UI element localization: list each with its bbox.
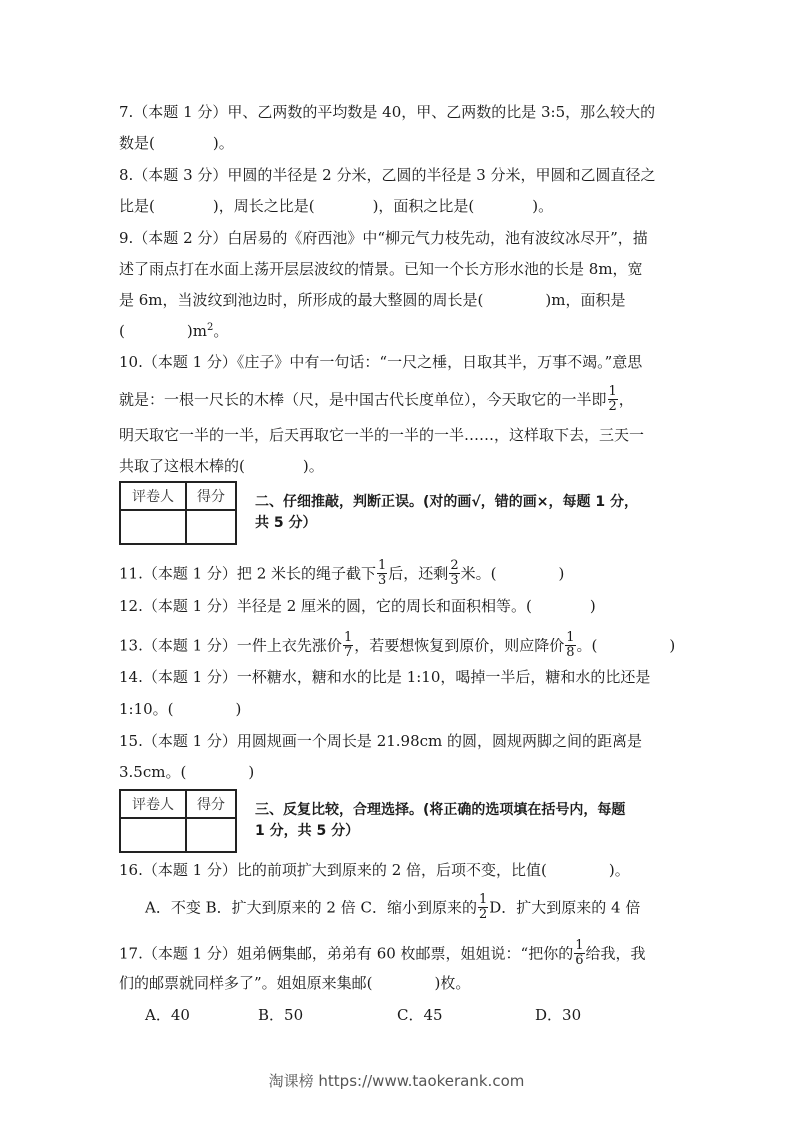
q7-text-end: )。 xyxy=(213,134,234,152)
section-2-title-line-1: 二、仔细推敲，判断正误。(对的画√，错的画×，每题 1 分， xyxy=(255,492,638,512)
question-10-line-3: 明天取它一半的一半，后天再取它一半的一半的一半……，这样取下去，三天一 xyxy=(119,425,644,445)
q13-fraction-2: 18 xyxy=(565,631,575,660)
q17-fraction: 16 xyxy=(574,939,584,968)
q16-text-b: )。 xyxy=(609,861,630,879)
question-8-line-1: 8.（本题 3 分）甲圆的半径是 2 分米，乙圆的半径是 3 分米，甲圆和乙圆直… xyxy=(119,165,656,185)
score-cell[interactable] xyxy=(186,510,236,544)
q8-text-a: 比是( xyxy=(119,197,155,215)
question-9-line-3: 是 6m，当波纹到池边时，所形成的最大整圆的周长是()m，面积是 xyxy=(119,290,625,310)
question-17-options: A．40 B．50 C．45 D．30 xyxy=(0,1005,793,1025)
question-17-line-1: 17.（本题 1 分）姐弟俩集邮，弟弟有 60 枚邮票，姐姐说：“把你的16给我… xyxy=(119,940,646,969)
q12-text-b: ) xyxy=(590,597,596,615)
q17-option-c[interactable]: C．45 xyxy=(397,1005,443,1025)
section-3-title-line-2: 1 分，共 5 分） xyxy=(255,821,359,841)
question-8-line-2: 比是()，周长之比是()，面积之比是()。 xyxy=(119,196,553,216)
question-12: 12.（本题 1 分）半径是 2 厘米的圆，它的周长和面积相等。() xyxy=(119,596,596,616)
q16-options-b: D．扩大到原来的 4 倍 xyxy=(489,899,640,917)
question-9-line-2: 述了雨点打在水面上荡开层层波纹的情景。已知一个长方形水池的长是 8m，宽 xyxy=(119,259,643,279)
question-17-line-2: 们的邮票就同样多了”。姐姐原来集邮()枚。 xyxy=(119,973,470,993)
q12-text-a: 12.（本题 1 分）半径是 2 厘米的圆，它的周长和面积相等。( xyxy=(119,597,532,615)
q16-options-a: A．不变 B．扩大到原来的 2 倍 C．缩小到原来的 xyxy=(145,899,477,917)
score-header: 得分 xyxy=(186,790,236,818)
q17-text-c: 们的邮票就同样多了”。姐姐原来集邮( xyxy=(119,974,373,992)
question-14-line-2: 1:10。() xyxy=(119,699,241,719)
q11-text-d: ) xyxy=(558,565,564,583)
question-10-line-1: 10.（本题 1 分）《庄子》中有一句话：“一尺之棰，日取其半，万事不竭。”意思 xyxy=(119,352,642,372)
q9-text-b: )m，面积是 xyxy=(545,291,625,309)
question-15-line-1: 15.（本题 1 分）用圆规画一个周长是 21.98cm 的圆，圆规两脚之间的距… xyxy=(119,731,642,751)
grader-header: 评卷人 xyxy=(120,482,186,510)
q10-text-b: ， xyxy=(619,391,634,409)
section-3-title-line-1: 三、反复比较，合理选择。(将正确的选项填在括号内，每题 xyxy=(255,800,625,820)
grader-cell[interactable] xyxy=(120,510,186,544)
question-9-line-1: 9.（本题 2 分）白居易的《府西池》中“柳元气力枝先动，池有波纹冰尽开”，描 xyxy=(119,228,648,248)
q9-text-c: ( xyxy=(119,322,125,340)
question-7-line-2: 数是()。 xyxy=(119,133,234,153)
footer-watermark: 淘课榜 https://www.taokerank.com xyxy=(0,1070,793,1091)
question-16: 16.（本题 1 分）比的前项扩大到原来的 2 倍，后项不变，比值()。 xyxy=(119,860,630,880)
question-10-line-2: 就是：一根一尺长的木棒（尺，是中国古代长度单位），今天取它的一半即12， xyxy=(119,386,634,415)
q15-text-b: ) xyxy=(248,763,254,781)
q11-text-a: 11.（本题 1 分）把 2 米长的绳子截下 xyxy=(119,565,376,583)
q10-text-a: 就是：一根一尺长的木棒（尺，是中国古代长度单位），今天取它的一半即 xyxy=(119,391,607,409)
q13-text-d: ) xyxy=(669,637,675,655)
q11-fraction-2: 23 xyxy=(449,559,459,588)
q14-text-a: 1:10。( xyxy=(119,700,174,718)
q10-text-d: )。 xyxy=(303,457,324,475)
q9-text-a: 是 6m，当波纹到池边时，所形成的最大整圆的周长是( xyxy=(119,291,483,309)
q13-text-a: 13.（本题 1 分）一件上衣先涨价 xyxy=(119,637,342,655)
q14-text-b: ) xyxy=(236,700,242,718)
q15-text-a: 3.5cm。( xyxy=(119,763,186,781)
q17-text-d: )枚。 xyxy=(435,974,471,992)
q10-text-c: 共取了这根木棒的( xyxy=(119,457,245,475)
section-2-score-table: 评卷人 得分 xyxy=(119,481,237,545)
question-9-line-4: ()m2。 xyxy=(119,321,228,341)
question-7-line-1: 7.（本题 1 分）甲、乙两数的平均数是 40，甲、乙两数的比是 3:5，那么较… xyxy=(119,102,655,122)
q16-options-fraction: 12 xyxy=(478,893,488,922)
score-header: 得分 xyxy=(186,482,236,510)
q8-text-c: )，面积之比是( xyxy=(373,197,475,215)
q9-text-d: )m xyxy=(187,322,207,340)
grader-header: 评卷人 xyxy=(120,790,186,818)
question-13: 13.（本题 1 分）一件上衣先涨价17，若要想恢复到原价，则应降价18。() xyxy=(119,632,675,661)
section-3-score-table: 评卷人 得分 xyxy=(119,789,237,853)
q8-text-b: )，周长之比是( xyxy=(213,197,315,215)
question-16-options: A．不变 B．扩大到原来的 2 倍 C．缩小到原来的12D．扩大到原来的 4 倍 xyxy=(145,894,640,923)
q7-text: 数是( xyxy=(119,134,155,152)
q11-fraction-1: 13 xyxy=(377,559,387,588)
section-2-title-line-2: 共 5 分） xyxy=(255,513,317,533)
question-14-line-1: 14.（本题 1 分）一杯糖水，糖和水的比是 1:10，喝掉一半后，糖和水的比还… xyxy=(119,667,650,687)
q10-fraction: 12 xyxy=(608,385,618,414)
q9-text-e: 。 xyxy=(213,322,228,340)
q17-text-a: 17.（本题 1 分）姐弟俩集邮，弟弟有 60 枚邮票，姐姐说：“把你的 xyxy=(119,945,573,963)
q17-option-d[interactable]: D．30 xyxy=(535,1005,581,1025)
q13-fraction-1: 17 xyxy=(343,631,353,660)
q11-text-c: 米。( xyxy=(461,565,497,583)
grader-cell[interactable] xyxy=(120,818,186,852)
question-15-line-2: 3.5cm。() xyxy=(119,762,254,782)
question-11: 11.（本题 1 分）把 2 米长的绳子截下13后，还剩23米。() xyxy=(119,560,564,589)
q17-text-b: 给我，我 xyxy=(586,945,646,963)
question-10-line-4: 共取了这根木棒的()。 xyxy=(119,456,324,476)
score-cell[interactable] xyxy=(186,818,236,852)
q13-text-b: ，若要想恢复到原价，则应降价 xyxy=(354,637,564,655)
q11-text-b: 后，还剩 xyxy=(388,565,448,583)
q13-text-c: 。( xyxy=(577,637,598,655)
q17-option-a[interactable]: A．40 xyxy=(145,1005,190,1025)
q8-text-d: )。 xyxy=(532,197,553,215)
q16-text-a: 16.（本题 1 分）比的前项扩大到原来的 2 倍，后项不变，比值( xyxy=(119,861,547,879)
q17-option-b[interactable]: B．50 xyxy=(258,1005,303,1025)
